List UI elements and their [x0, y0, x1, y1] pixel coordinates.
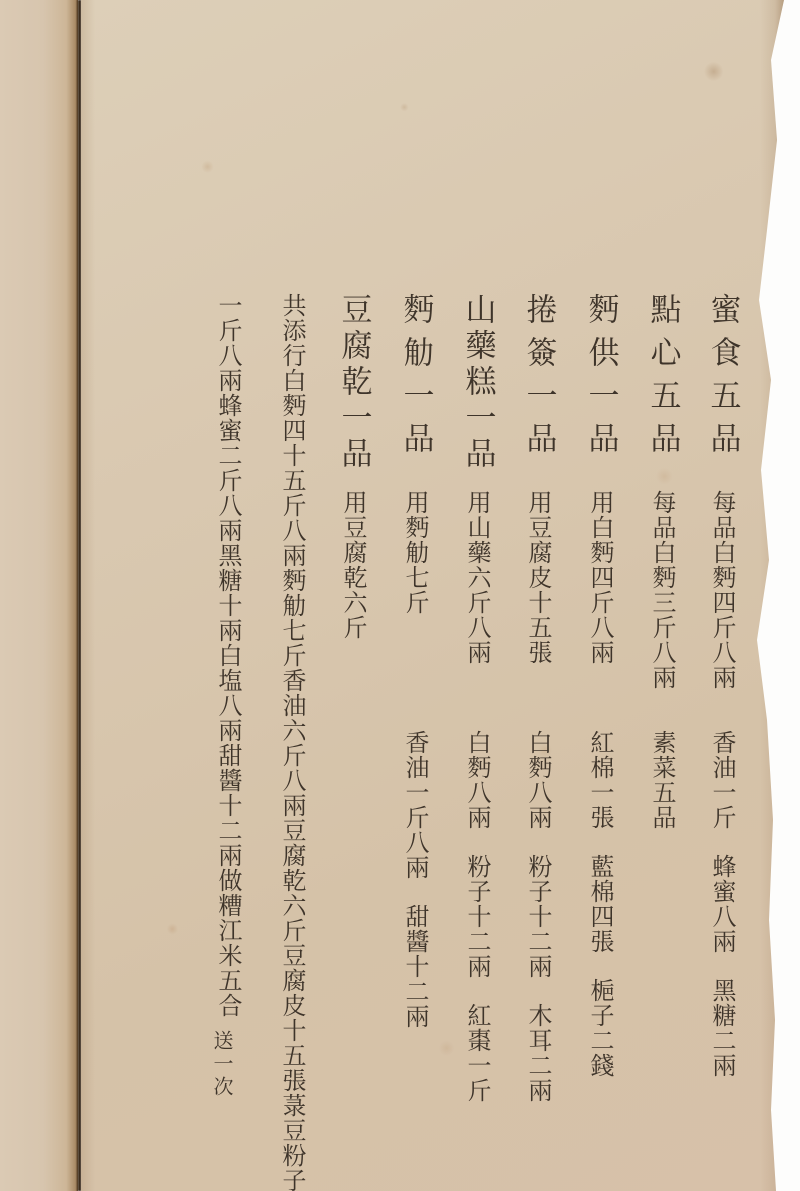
adjacent-page	[0, 0, 78, 1191]
entry-detail: 每品白麪四斤八兩	[710, 490, 734, 690]
entry-column-gluten: 麪觔一品 用麪觔七斤 香油一斤八兩甜醬十二兩	[393, 0, 437, 1191]
extra-phrase: 梔子二錢	[586, 978, 614, 1078]
entry-detail: 用白麪四斤八兩	[588, 490, 612, 665]
extra-phrase: 蜂蜜八兩	[708, 854, 736, 954]
extra-phrase: 香油一斤	[708, 730, 736, 830]
entry-column-flour-offering: 麪供一品 用白麪四斤八兩 紅棉一張藍棉四張梔子二錢	[578, 0, 622, 1191]
extra-phrase: 紅棗一斤	[463, 1003, 491, 1103]
entry-detail: 用豆腐皮十五張	[526, 490, 550, 665]
entry-title: 蜜食五品	[707, 293, 738, 465]
entry-detail: 每品白麪三斤八兩	[650, 490, 674, 690]
entry-extras: 白麪八兩粉子十二兩木耳二兩	[526, 730, 550, 1103]
entry-title: 麪觔一品	[400, 293, 431, 465]
entry-title: 豆腐乾一品	[338, 293, 369, 473]
entry-extras: 素菜五品	[650, 730, 674, 830]
extra-phrase: 紅棉一張	[586, 730, 614, 830]
entry-column-dried-tofu: 豆腐乾一品 用豆腐乾六斤	[331, 0, 375, 1191]
entry-title: 捲簽一品	[523, 293, 554, 465]
torn-edge-shade	[758, 0, 784, 1191]
extra-phrase: 木耳二兩	[524, 1003, 552, 1103]
extra-phrase: 香油一斤八兩	[401, 730, 429, 880]
entry-title: 麪供一品	[585, 293, 616, 465]
entry-extras: 香油一斤八兩甜醬十二兩	[403, 730, 427, 1029]
extra-phrase: 粉子十二兩	[463, 854, 491, 979]
totals-line-2: 一斤八兩蜂蜜二斤八兩黑糖十兩白塩八兩甜醬十二兩做糟江米五合送一次	[216, 293, 240, 1099]
entry-detail: 用山藥六斤八兩	[465, 490, 489, 665]
extra-phrase: 白麪八兩	[524, 730, 552, 830]
entry-column-dimsum: 點心五品 每品白麪三斤八兩 素菜五品	[640, 0, 684, 1191]
entry-title: 點心五品	[647, 293, 678, 465]
entry-extras: 白麪八兩粉子十二兩紅棗一斤	[465, 730, 489, 1103]
extra-phrase: 白麪八兩	[463, 730, 491, 830]
totals-column-1: 共添行白麪四十五斤八兩麪觔七斤香油六斤八兩豆腐乾六斤豆腐皮十五張菉豆粉子	[270, 0, 314, 1191]
totals-line-1: 共添行白麪四十五斤八兩麪觔七斤香油六斤八兩豆腐乾六斤豆腐皮十五張菉豆粉子	[280, 293, 304, 1191]
extra-phrase: 藍棉四張	[586, 854, 614, 954]
manuscript-photo: 蜜食五品 每品白麪四斤八兩 香油一斤蜂蜜八兩黑糖二兩 點心五品 每品白麪三斤八兩…	[0, 0, 800, 1191]
entry-column-yam-cake: 山藥糕一品 用山藥六斤八兩 白麪八兩粉子十二兩紅棗一斤	[455, 0, 499, 1191]
totals-column-2: 一斤八兩蜂蜜二斤八兩黑糖十兩白塩八兩甜醬十二兩做糟江米五合送一次	[206, 0, 250, 1191]
extra-phrase: 黑糖二兩	[708, 978, 736, 1078]
extra-phrase: 粉子十二兩	[524, 854, 552, 979]
extra-phrase: 甜醬十二兩	[401, 904, 429, 1029]
entry-detail: 用麪觔七斤	[403, 490, 427, 615]
entry-detail: 用豆腐乾六斤	[341, 490, 365, 640]
entry-title: 山藥糕一品	[462, 293, 493, 473]
entry-extras: 紅棉一張藍棉四張梔子二錢	[588, 730, 612, 1078]
totals-line-2-text: 一斤八兩蜂蜜二斤八兩黑糖十兩白塩八兩甜醬十二兩做糟江米五合	[214, 293, 242, 1018]
manuscript-page: 蜜食五品 每品白麪四斤八兩 香油一斤蜂蜜八兩黑糖二兩 點心五品 每品白麪三斤八兩…	[81, 0, 784, 1191]
entry-column-rolled-wraps: 捲簽一品 用豆腐皮十五張 白麪八兩粉子十二兩木耳二兩	[516, 0, 560, 1191]
entry-column-honeyed-food: 蜜食五品 每品白麪四斤八兩 香油一斤蜂蜜八兩黑糖二兩	[700, 0, 744, 1191]
delivery-note: 送一次	[210, 1030, 234, 1099]
extra-phrase: 素菜五品	[648, 730, 676, 830]
entry-extras: 香油一斤蜂蜜八兩黑糖二兩	[710, 730, 734, 1078]
